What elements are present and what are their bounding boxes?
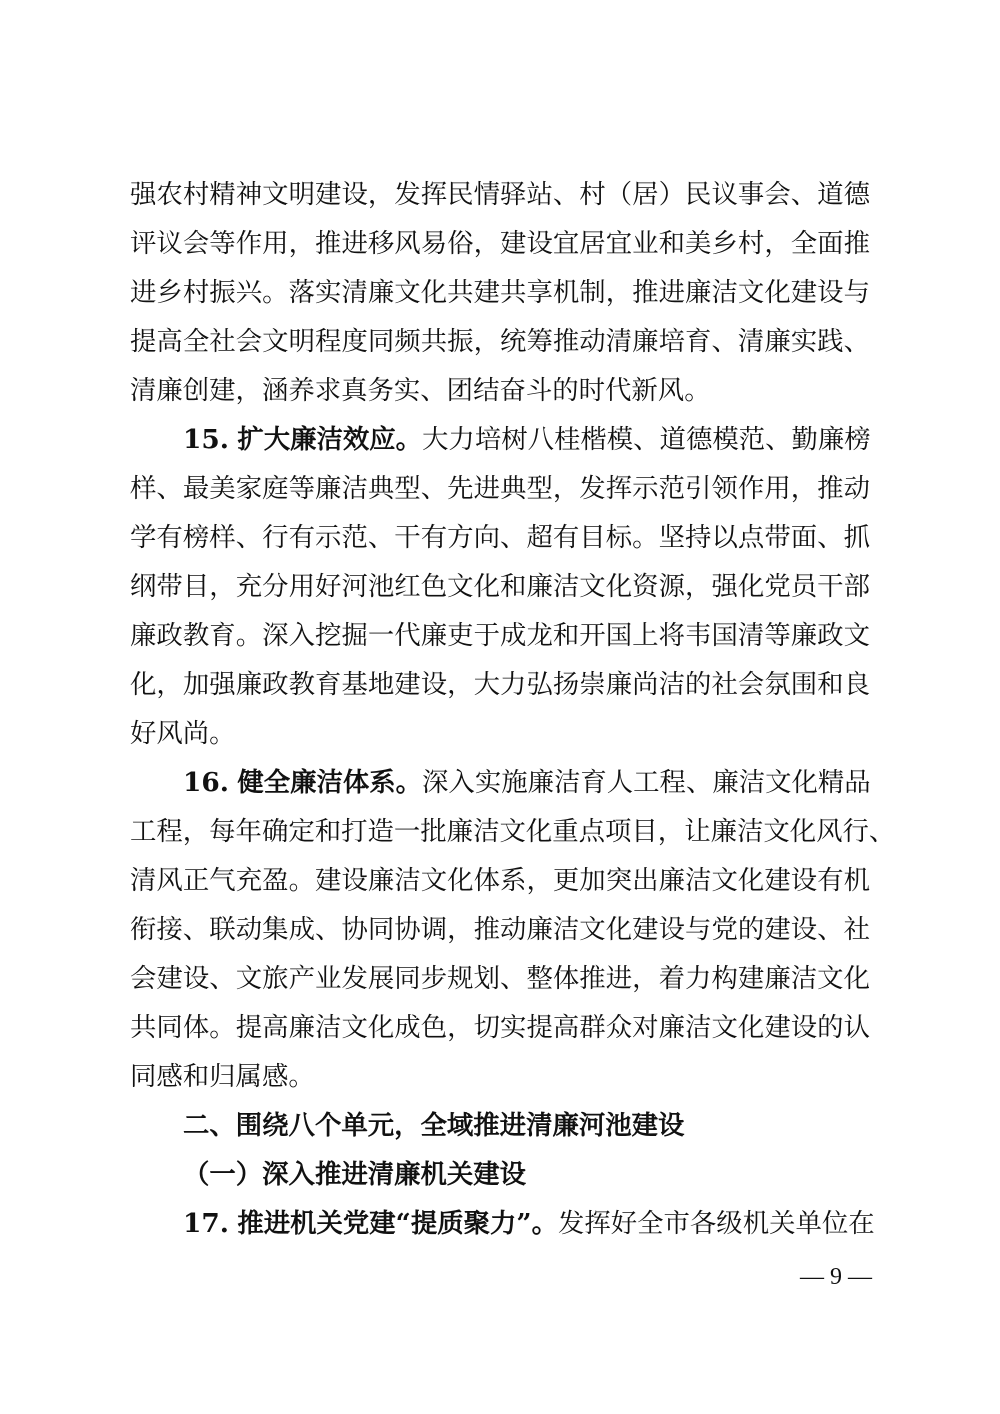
text-line: 清廉创建，涵养求真务实、团结奋斗的时代新风。 bbox=[130, 366, 870, 415]
item-15-paragraph: 15. 扩大廉洁效应。大力培树八桂楷模、道德模范、勤廉榜 样、最美家庭等廉洁典型… bbox=[130, 415, 870, 758]
item-16-text: 深入实施廉洁育人工程、廉洁文化精品 bbox=[422, 767, 871, 798]
text-line: 清风正气充盈。建设廉洁文化体系，更加突出廉洁文化建设有机 bbox=[130, 856, 870, 905]
item-15-text: 大力培树八桂楷模、道德模范、勤廉榜 bbox=[422, 424, 871, 455]
text-line: 廉政教育。深入挖掘一代廉吏于成龙和开国上将韦国清等廉政文 bbox=[130, 611, 870, 660]
item-16-title: 健全廉洁体系。 bbox=[237, 767, 422, 798]
text-line: 同感和归属感。 bbox=[130, 1052, 870, 1101]
text-line: 强农村精神文明建设，发挥民情驿站、村（居）民议事会、道德 bbox=[130, 170, 870, 219]
item-17-title: 推进机关党建“提质聚力”。 bbox=[237, 1208, 558, 1239]
item-16-first-line: 16. 健全廉洁体系。深入实施廉洁育人工程、廉洁文化精品 bbox=[130, 758, 870, 807]
text-line: 纲带目，充分用好河池红色文化和廉洁文化资源，强化党员干部 bbox=[130, 562, 870, 611]
item-16-paragraph: 16. 健全廉洁体系。深入实施廉洁育人工程、廉洁文化精品 工程，每年确定和打造一… bbox=[130, 758, 870, 1101]
page-number: — 9 — bbox=[800, 1262, 872, 1292]
text-line: 好风尚。 bbox=[130, 709, 870, 758]
text-line: 共同体。提高廉洁文化成色，切实提高群众对廉洁文化建设的认 bbox=[130, 1003, 870, 1052]
item-15-title: 扩大廉洁效应。 bbox=[237, 424, 422, 455]
subsection-heading: （一）深入推进清廉机关建设 bbox=[130, 1150, 870, 1199]
section-heading: 二、围绕八个单元，全域推进清廉河池建设 bbox=[130, 1101, 870, 1150]
text-line: 化，加强廉政教育基地建设，大力弘扬崇廉尚洁的社会氛围和良 bbox=[130, 660, 870, 709]
continued-paragraph: 强农村精神文明建设，发挥民情驿站、村（居）民议事会、道德 评议会等作用，推进移风… bbox=[130, 170, 870, 415]
item-15-first-line: 15. 扩大廉洁效应。大力培树八桂楷模、道德模范、勤廉榜 bbox=[130, 415, 870, 464]
item-15-number: 15. bbox=[183, 424, 229, 455]
text-line: 会建设、文旅产业发展同步规划、整体推进，着力构建廉洁文化 bbox=[130, 954, 870, 1003]
text-line: 评议会等作用，推进移风易俗，建设宜居宜业和美乡村，全面推 bbox=[130, 219, 870, 268]
item-17-number: 17. bbox=[183, 1208, 229, 1239]
text-line: 进乡村振兴。落实清廉文化共建共享机制，推进廉洁文化建设与 bbox=[130, 268, 870, 317]
text-line: 工程，每年确定和打造一批廉洁文化重点项目，让廉洁文化风行、 bbox=[130, 807, 870, 856]
text-line: 衔接、联动集成、协同协调，推动廉洁文化建设与党的建设、社 bbox=[130, 905, 870, 954]
item-17-text: 发挥好全市各级机关单位在 bbox=[558, 1208, 875, 1239]
item-16-number: 16. bbox=[183, 767, 229, 798]
item-17-paragraph: 17. 推进机关党建“提质聚力”。发挥好全市各级机关单位在 bbox=[130, 1199, 870, 1248]
text-line: 提高全社会文明程度同频共振，统筹推动清廉培育、清廉实践、 bbox=[130, 317, 870, 366]
text-line: 学有榜样、行有示范、干有方向、超有目标。坚持以点带面、抓 bbox=[130, 513, 870, 562]
text-line: 样、最美家庭等廉洁典型、先进典型，发挥示范引领作用，推动 bbox=[130, 464, 870, 513]
item-17-first-line: 17. 推进机关党建“提质聚力”。发挥好全市各级机关单位在 bbox=[130, 1199, 870, 1248]
document-page: 强农村精神文明建设，发挥民情驿站、村（居）民议事会、道德 评议会等作用，推进移风… bbox=[130, 170, 870, 1248]
